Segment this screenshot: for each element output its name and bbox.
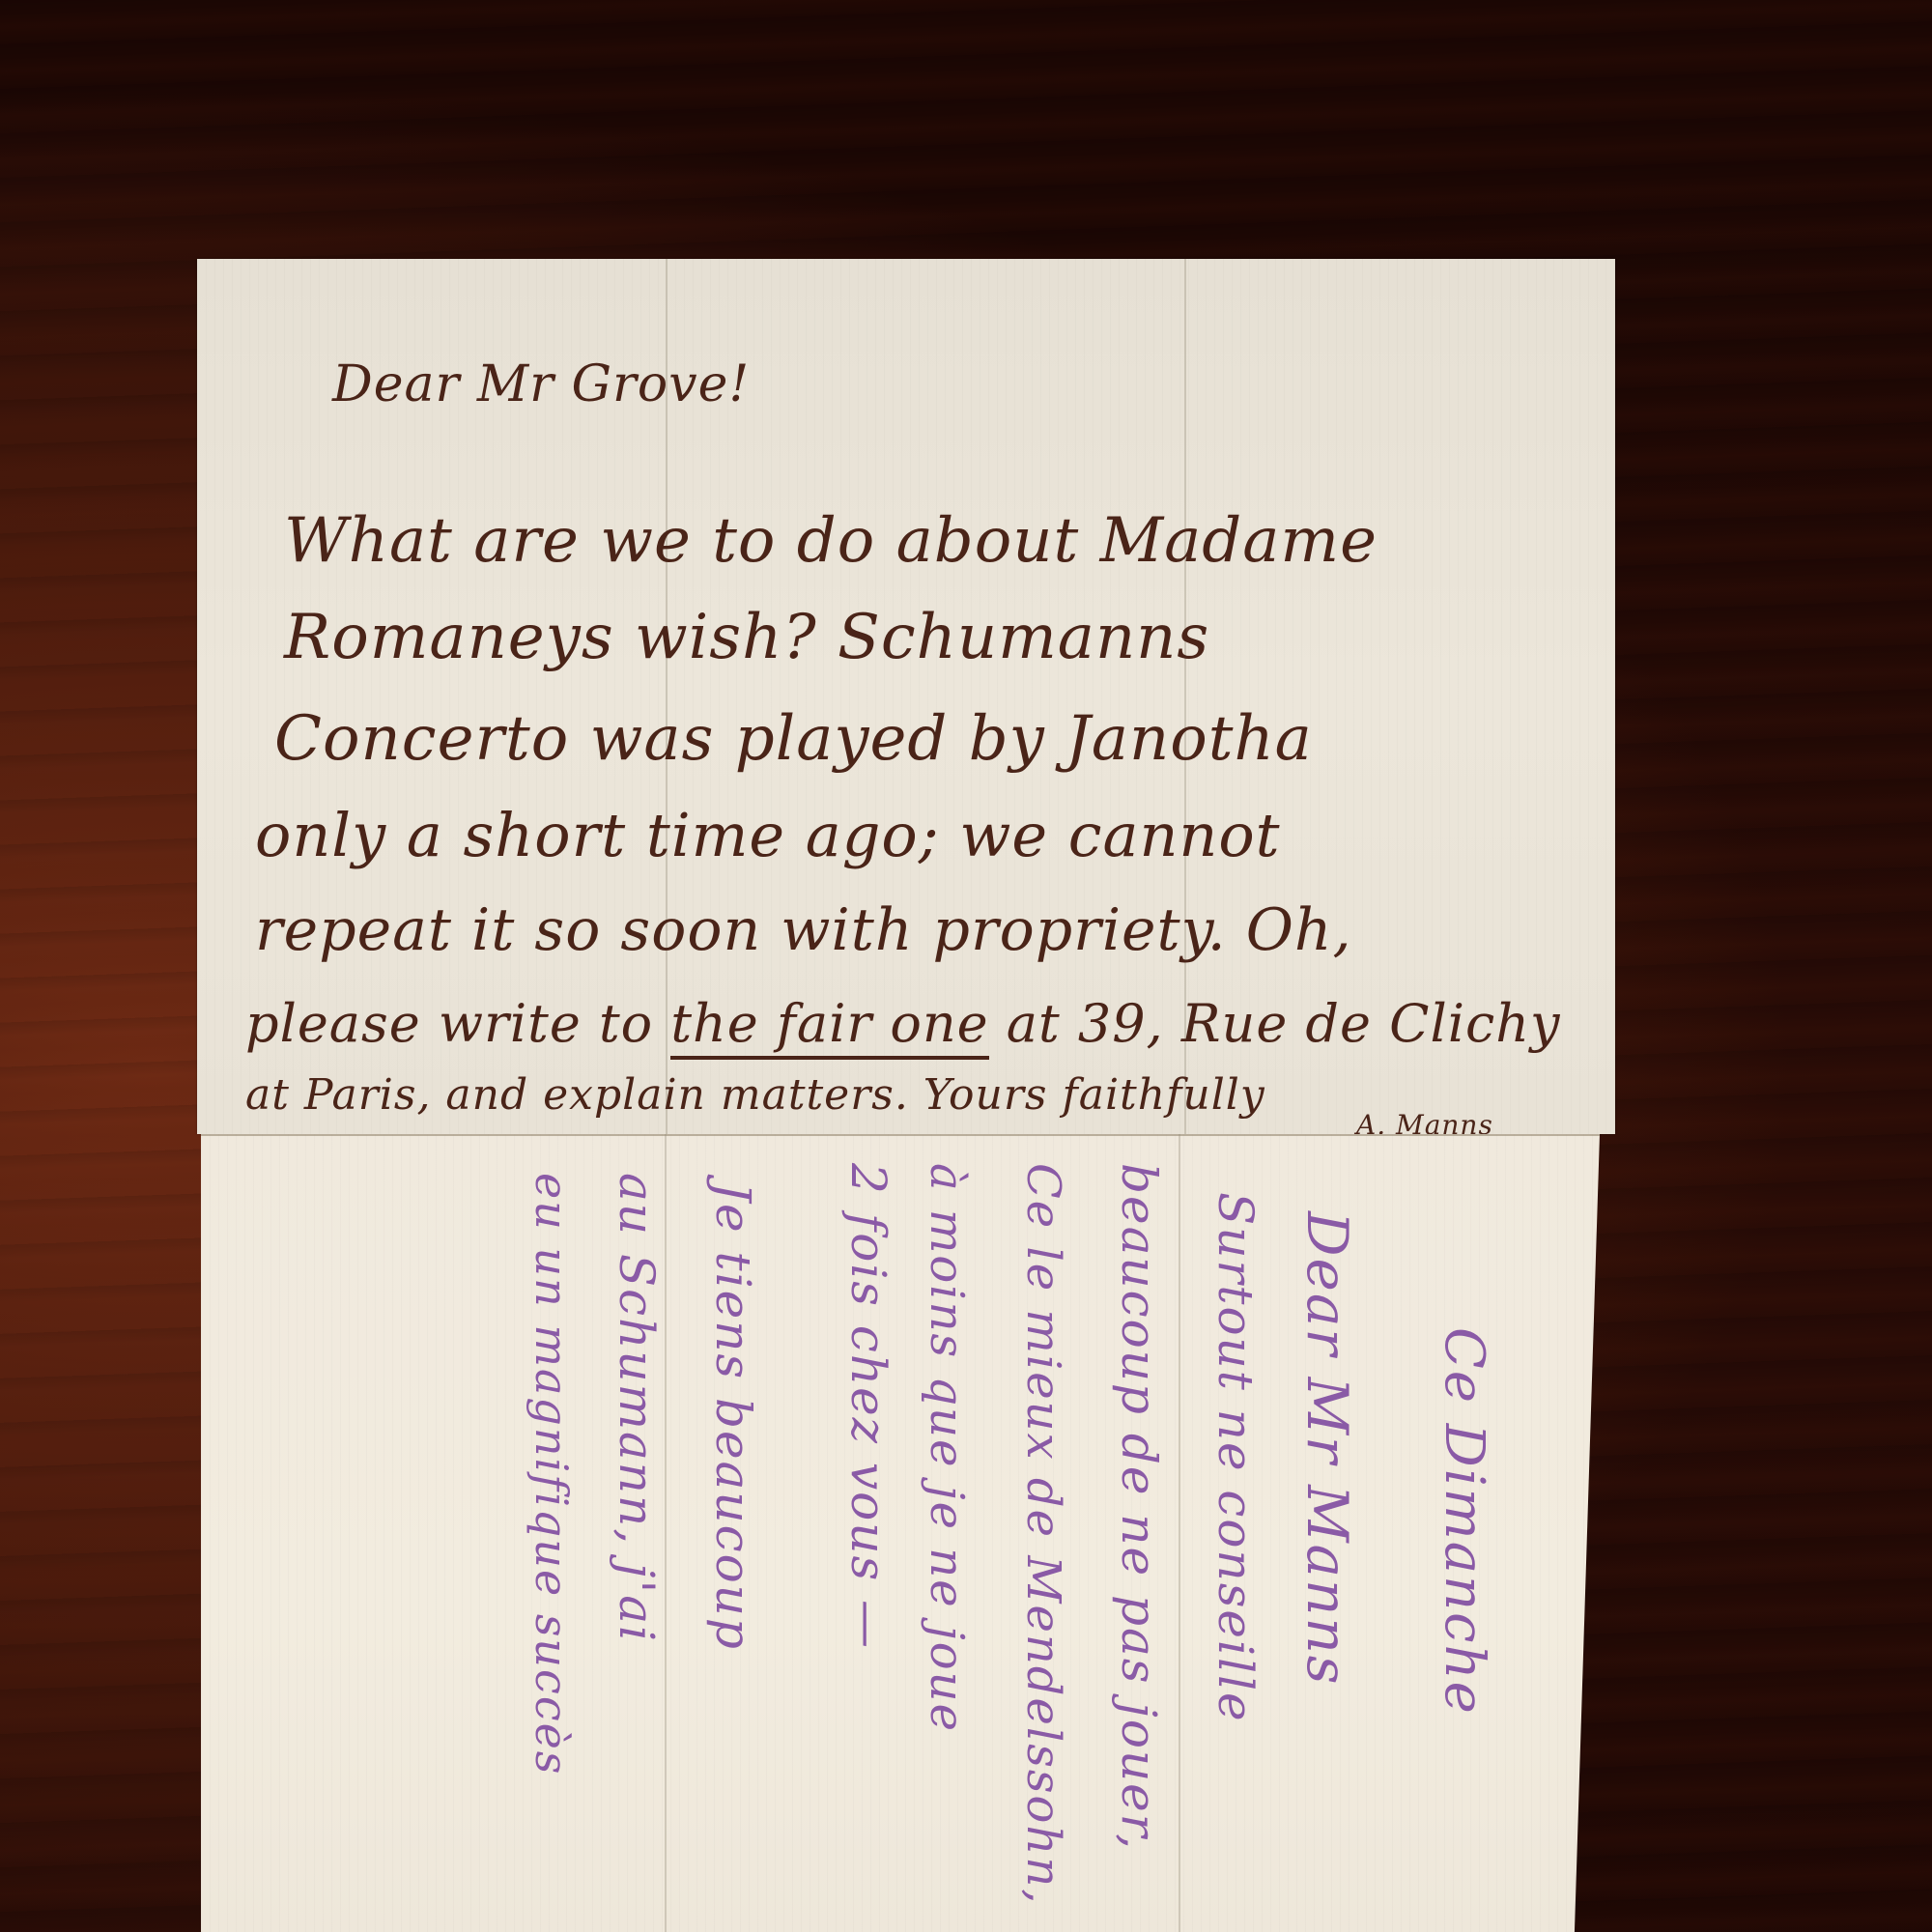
fold-line bbox=[201, 1134, 1600, 1136]
letter-bottom-panel: Ce Dimanche Dear Mr Manns Surtout ne con… bbox=[201, 1134, 1600, 1932]
letter-line: only a short time ago; we cannot bbox=[255, 800, 1281, 870]
french-line: beaucoup de ne pas jouer, bbox=[1111, 1163, 1167, 1851]
fold-line bbox=[1179, 1134, 1180, 1932]
letter-top-panel: Dear Mr Grove! What are we to do about M… bbox=[197, 259, 1615, 1134]
french-line: Surtout ne conseille bbox=[1207, 1192, 1264, 1723]
letter-line: Romaneys wish? Schumanns bbox=[284, 602, 1209, 673]
line-text: please write to bbox=[245, 993, 670, 1054]
line-text: at 39, Rue de Clichy bbox=[989, 993, 1561, 1054]
french-line: 2 fois chez vous — bbox=[840, 1163, 896, 1650]
fold-line bbox=[665, 1134, 667, 1932]
french-line: au Schumann, j'ai bbox=[609, 1173, 665, 1643]
letter-line: repeat it so soon with propriety. Oh, bbox=[255, 896, 1352, 964]
paper-texture bbox=[201, 1134, 1600, 1932]
letter-line: Concerto was played by Janotha bbox=[274, 703, 1313, 775]
french-line: Dear Mr Manns bbox=[1294, 1211, 1360, 1687]
french-line: Ce le mieux de Mendelssohn, bbox=[1016, 1163, 1070, 1906]
underlined-phrase: the fair one bbox=[670, 993, 988, 1060]
french-line: Je tiens beaucoup bbox=[705, 1182, 761, 1651]
letter-line: What are we to do about Madame bbox=[284, 505, 1378, 577]
salutation: Dear Mr Grove! bbox=[332, 355, 750, 413]
letter-line: at Paris, and explain matters. Yours fai… bbox=[245, 1070, 1265, 1120]
french-line: à moins que je ne joue bbox=[920, 1163, 974, 1733]
french-line: eu un magnifique succès bbox=[526, 1173, 578, 1776]
french-line: Ce Dimanche bbox=[1433, 1327, 1495, 1716]
letter-line: please write to the fair one at 39, Rue … bbox=[245, 993, 1561, 1054]
